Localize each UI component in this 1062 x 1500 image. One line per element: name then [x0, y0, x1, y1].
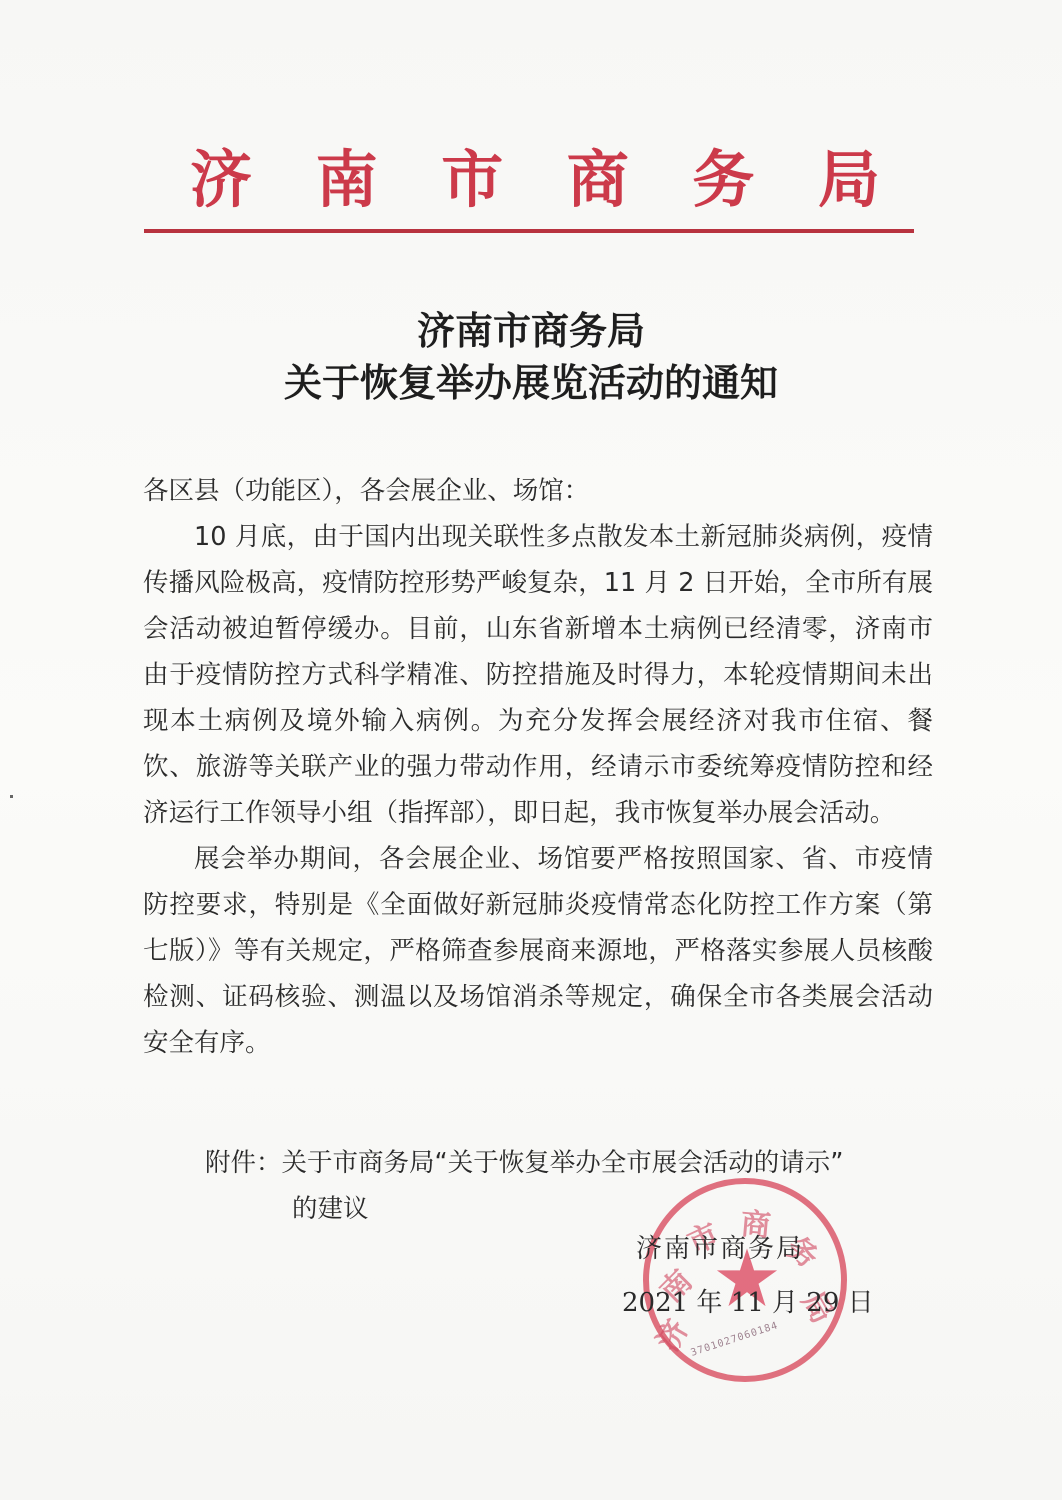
- issuer-signature: 济南市商务局: [636, 1228, 804, 1265]
- paragraph-1: 10 月底，由于国内出现关联性多点散发本土新冠肺炎病例，疫情传播风险极高，疫情防…: [143, 514, 933, 836]
- masthead-char: 济: [190, 138, 252, 222]
- masthead-char: 局: [818, 138, 880, 222]
- document-page: 济 南 市 商 务 局 济南市商务局 关于恢复举办展览活动的通知 各区县（功能区…: [0, 0, 1062, 1500]
- masthead-char: 务: [692, 138, 754, 222]
- seal-number: 3701027060184: [690, 1320, 780, 1359]
- masthead-char: 南: [316, 138, 378, 222]
- paragraph-2: 展会举办期间，各会展企业、场馆要严格按照国家、省、市疫情防控要求，特别是《全面做…: [143, 836, 933, 1066]
- document-body: 各区县（功能区），各会展企业、场馆： 10 月底，由于国内出现关联性多点散发本土…: [143, 468, 933, 1066]
- document-title-line1: 济南市商务局: [0, 300, 1062, 355]
- masthead-char: 市: [441, 138, 503, 222]
- salutation: 各区县（功能区），各会展企业、场馆：: [143, 468, 933, 514]
- document-title-line2: 关于恢复举办展览活动的通知: [0, 352, 1062, 407]
- scan-artifact: [10, 795, 13, 798]
- official-seal: 济 南 市 商 务 局 3701027060184: [643, 1178, 847, 1382]
- masthead-char: 商: [567, 138, 629, 222]
- red-divider-line: [144, 229, 914, 233]
- red-masthead: 济 南 市 商 务 局: [140, 138, 920, 222]
- issue-date: 2021 年 11 月 29 日: [622, 1282, 874, 1319]
